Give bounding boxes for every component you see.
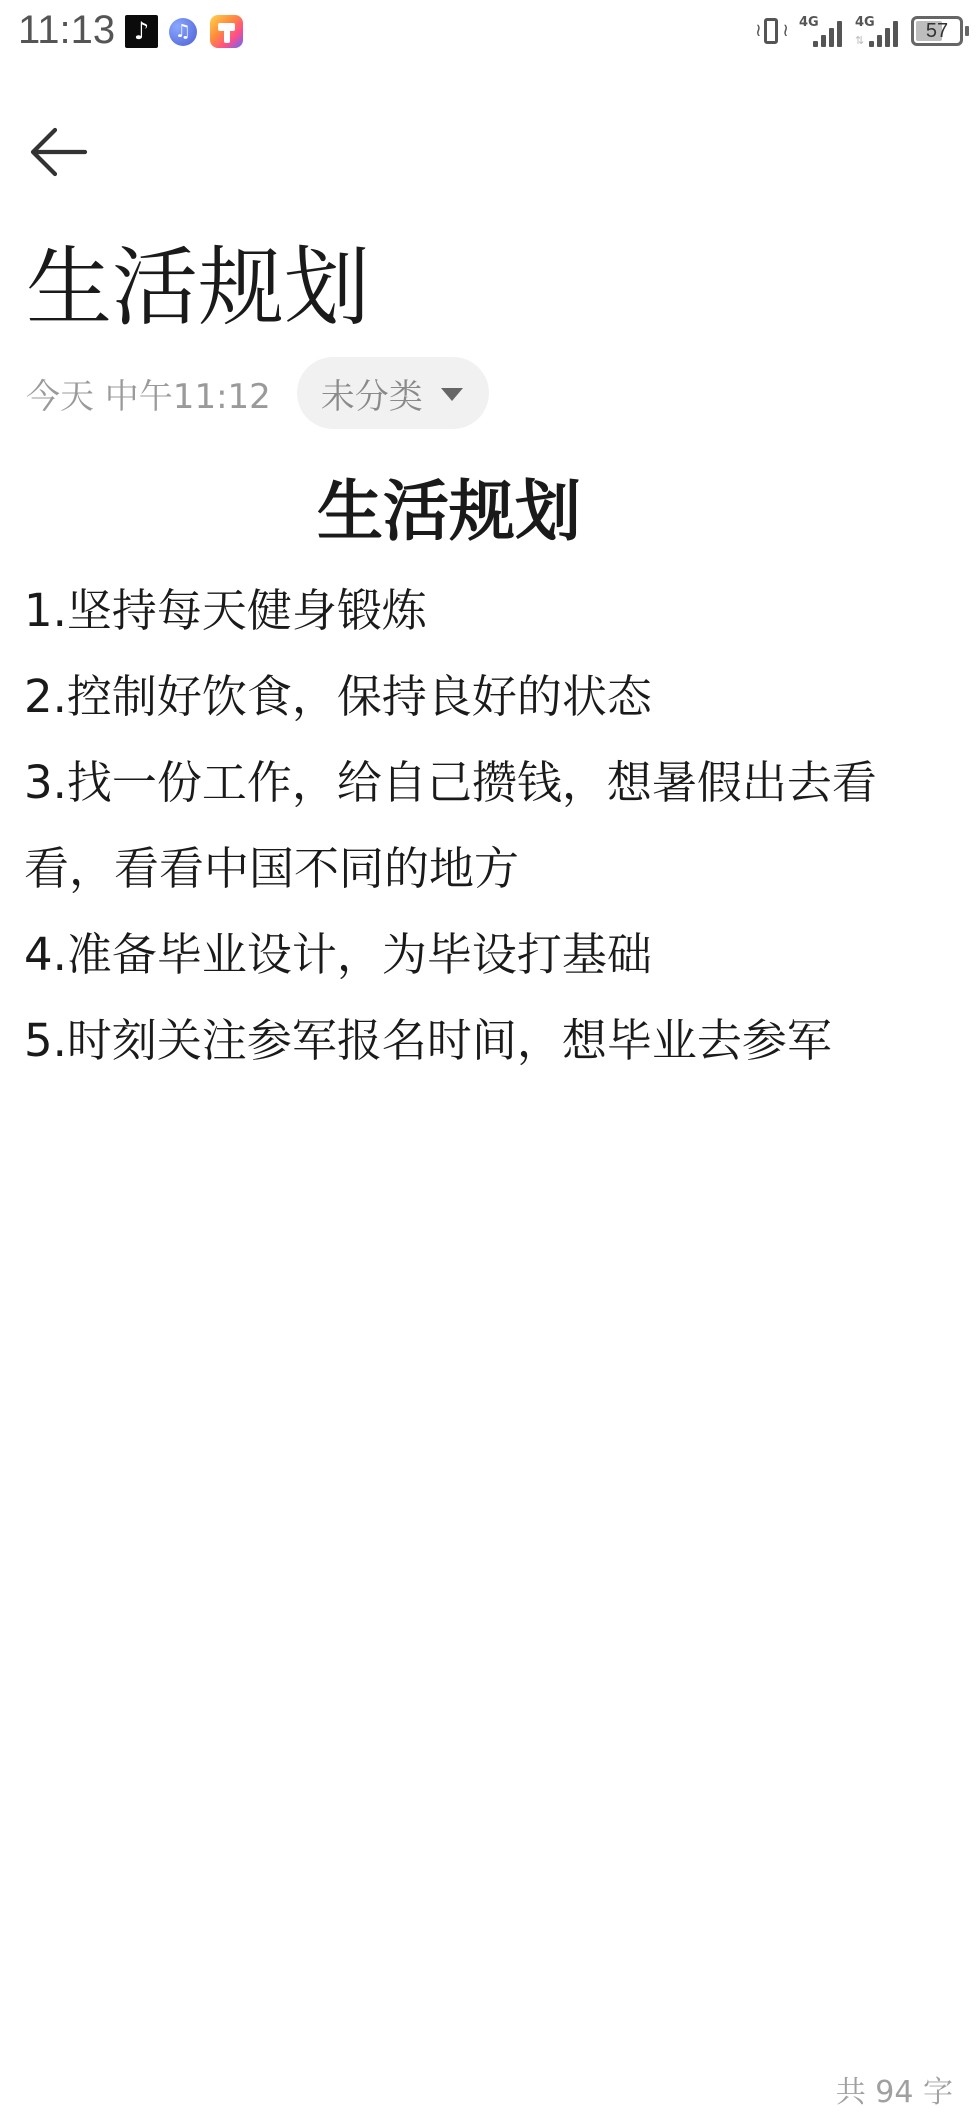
note-timestamp: 今天 中午11:12	[26, 369, 271, 418]
note-meta: 今天 中午11:12 未分类	[26, 356, 489, 430]
note-line[interactable]: 5.时刻关注参军报名时间，想毕业去参军	[24, 998, 934, 1084]
note-lines: 1.坚持每天健身锻炼 2.控制好饮食，保持良好的状态 3.找一份工作，给自己攒钱…	[24, 568, 924, 1084]
category-dropdown[interactable]: 未分类	[297, 357, 489, 429]
battery-icon: 57	[911, 16, 963, 46]
word-count: 共 94 字	[836, 2067, 953, 2111]
notes-editor-screen: 11:13 ♪ ♫ ≀≀ 4G 4G ⇅ 57	[0, 0, 977, 2119]
status-icons: ≀≀ 4G 4G ⇅ 57	[755, 14, 963, 48]
arrow-left-icon	[27, 123, 89, 181]
caret-down-icon	[441, 388, 463, 401]
note-line[interactable]: 4.准备毕业设计，为毕设打基础	[24, 912, 934, 998]
status-time: 11:13	[18, 8, 115, 53]
signal-sim2-icon: 4G ⇅	[855, 15, 901, 47]
theme-icon	[210, 15, 243, 48]
note-body-editor[interactable]: 生活规划 1.坚持每天健身锻炼 2.控制好饮食，保持良好的状态 3.找一份工作，…	[24, 464, 924, 1084]
tiktok-icon: ♪	[125, 15, 158, 48]
vibrate-icon: ≀≀	[755, 16, 789, 46]
note-line[interactable]: 2.控制好饮食，保持良好的状态	[24, 654, 934, 740]
status-bar: 11:13 ♪ ♫ ≀≀ 4G 4G ⇅ 57	[0, 0, 977, 62]
note-title[interactable]: 生活规划	[26, 236, 370, 340]
music-icon: ♫	[169, 18, 197, 46]
note-heading[interactable]: 生活规划	[24, 464, 874, 560]
battery-percent: 57	[914, 20, 960, 43]
signal-sim1-icon: 4G	[799, 15, 845, 47]
back-button[interactable]	[20, 116, 96, 188]
category-label: 未分类	[321, 369, 423, 418]
note-line[interactable]: 1.坚持每天健身锻炼	[24, 568, 934, 654]
note-line[interactable]: 3.找一份工作，给自己攒钱，想暑假出去看看，看看中国不同的地方	[24, 740, 934, 912]
